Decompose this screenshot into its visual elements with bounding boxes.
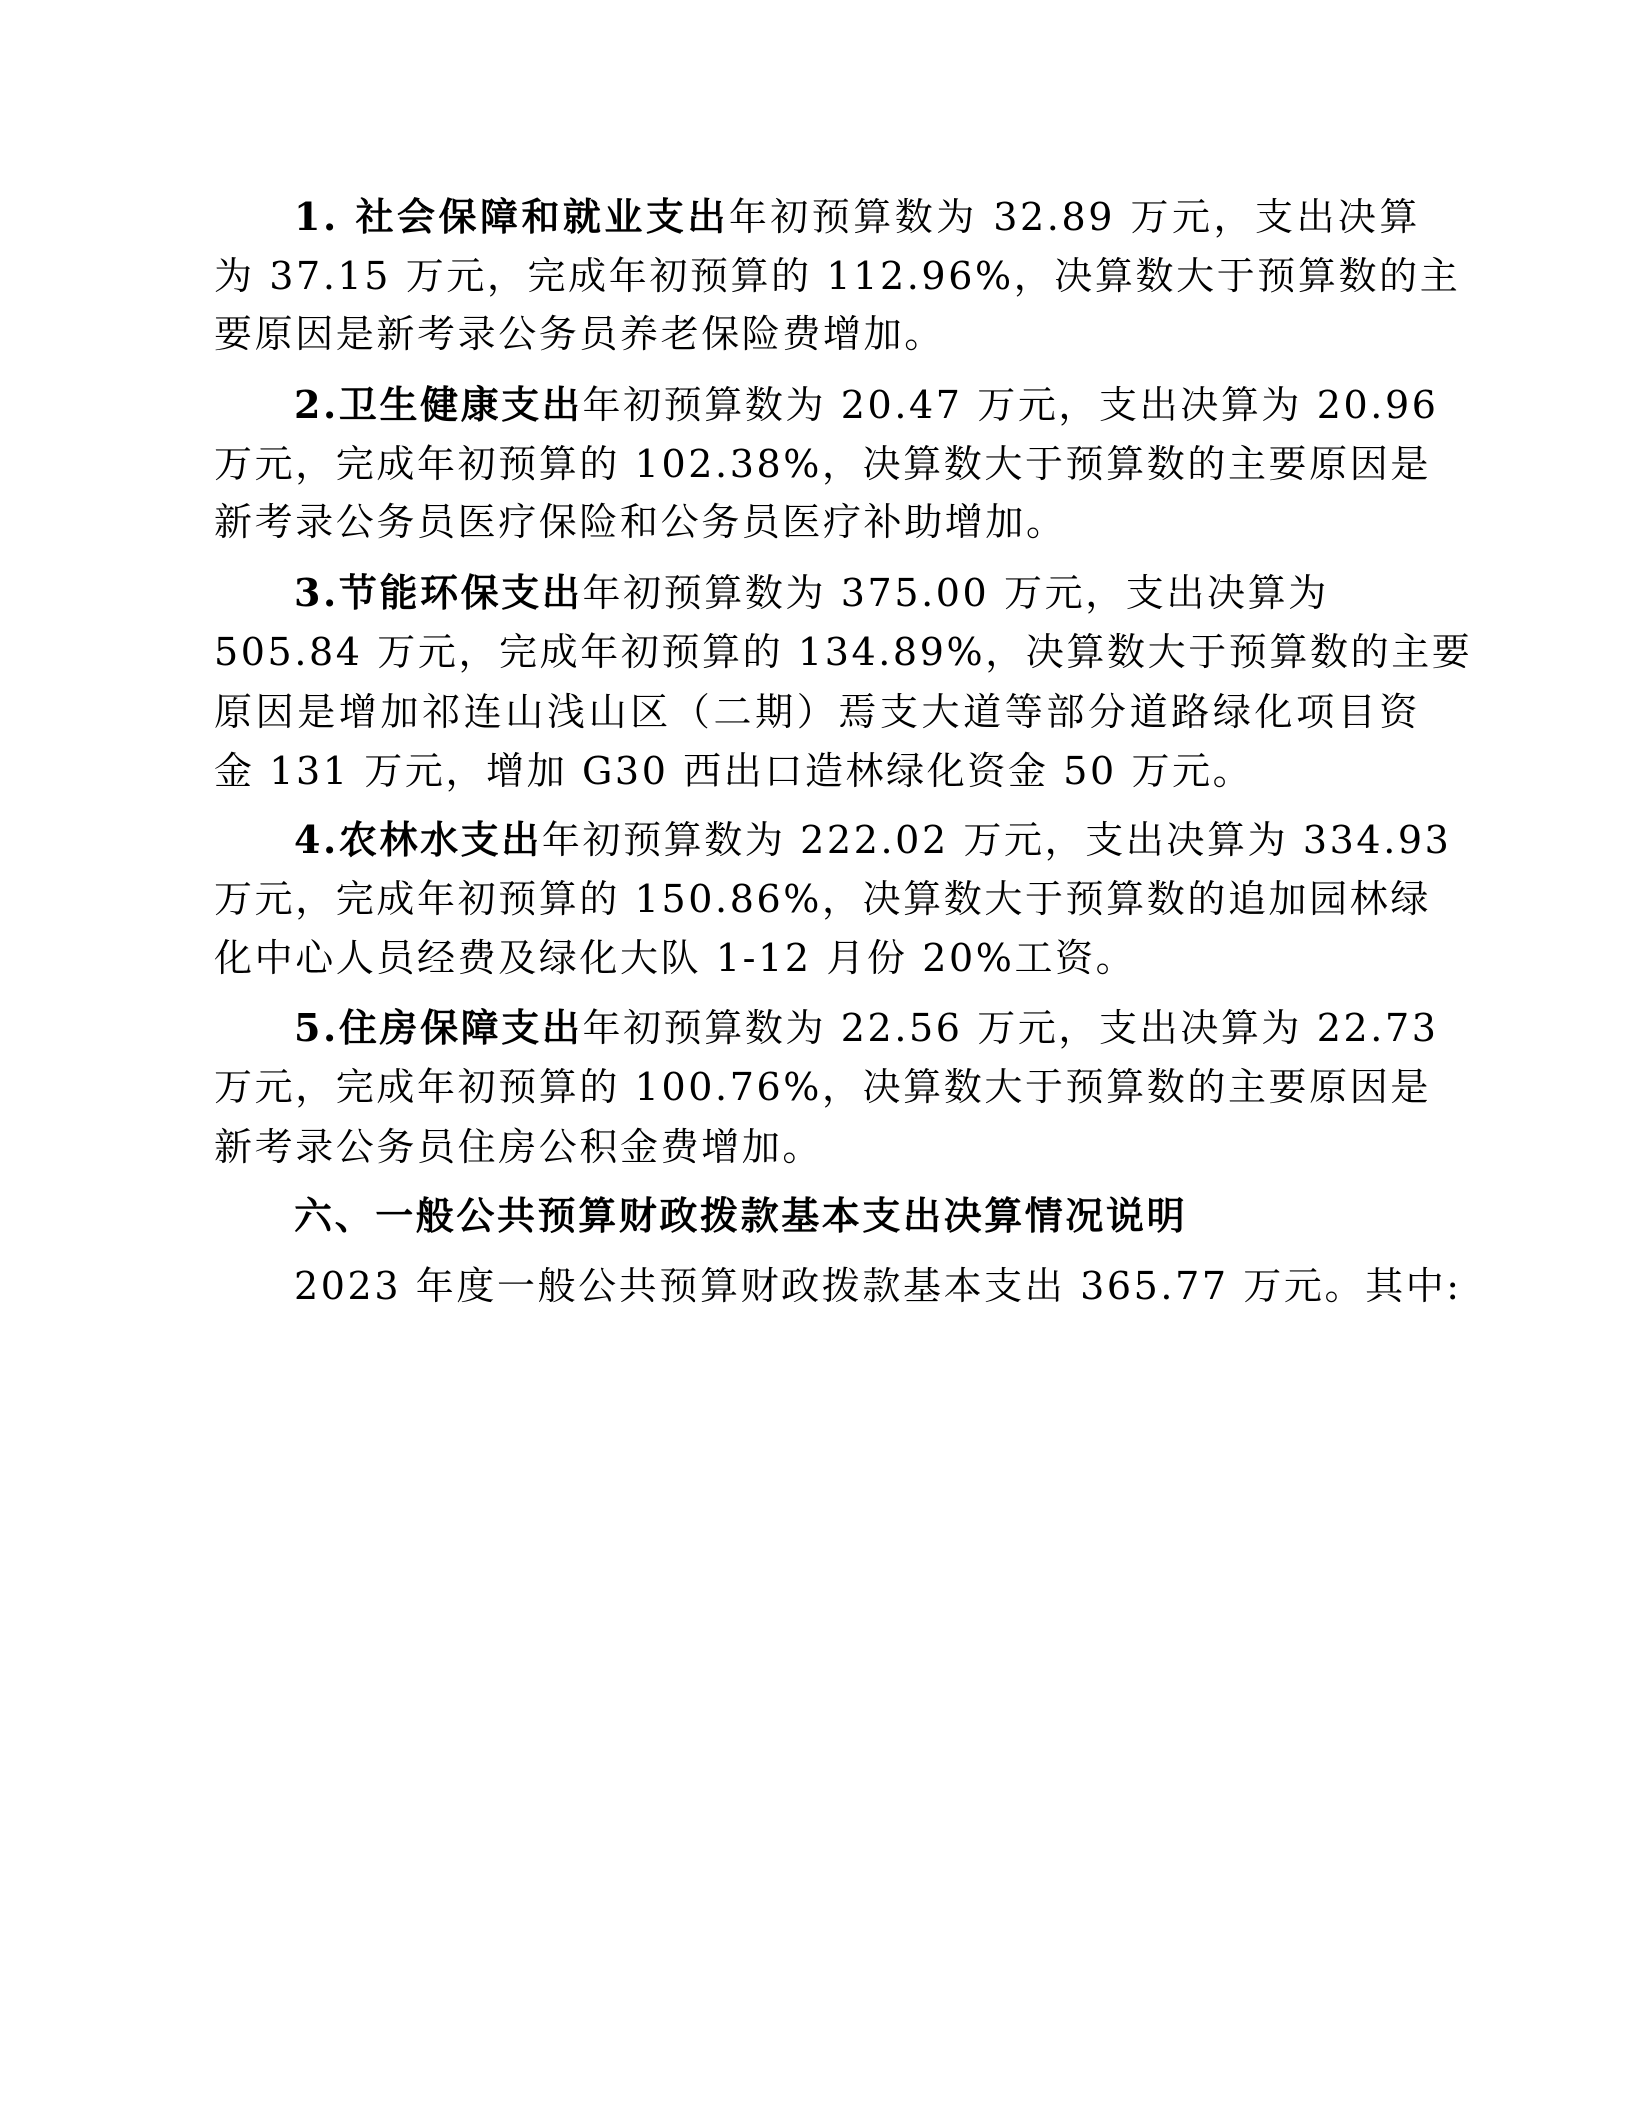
item-title-agriculture: 4.农林水支出 xyxy=(294,817,542,862)
line-text: 年初预算数为 32.89 万元，支出决算 xyxy=(729,195,1420,239)
line-text: 年初预算数为 22.56 万元，支出决算为 22.73 xyxy=(582,1006,1438,1050)
paragraph-agriculture-line-1: 4.农林水支出年初预算数为 222.02 万元，支出决算为 334.93 xyxy=(294,810,1420,870)
paragraph-environment-line-2: 505.84 万元，完成年初预算的 134.89%，决算数大于预算数的主要 xyxy=(214,622,1420,682)
paragraph-health-line-2: 万元，完成年初预算的 102.38%，决算数大于预算数的主要原因是 xyxy=(214,434,1420,494)
item-title-social-security: 1. 社会保障和就业支出 xyxy=(294,194,729,239)
paragraph-social-security-line-3: 要原因是新考录公务员养老保险费增加。 xyxy=(214,304,1420,364)
line-text: 年初预算数为 222.02 万元，支出决算为 334.93 xyxy=(542,818,1452,862)
paragraph-agriculture-line-2: 万元，完成年初预算的 150.86%，决算数大于预算数的追加园林绿 xyxy=(214,869,1420,929)
document-page: 1. 社会保障和就业支出年初预算数为 32.89 万元，支出决算 为 37.15… xyxy=(0,0,1632,2112)
paragraph-housing-line-3: 新考录公务员住房公积金费增加。 xyxy=(214,1117,1420,1177)
line-text: 年初预算数为 375.00 万元，支出决算为 xyxy=(582,571,1328,615)
paragraph-environment-line-4: 金 131 万元，增加 G30 西出口造林绿化资金 50 万元。 xyxy=(214,741,1420,801)
item-title-housing: 5.住房保障支出 xyxy=(294,1005,582,1050)
paragraph-agriculture-line-3: 化中心人员经费及绿化大队 1-12 月份 20%工资。 xyxy=(214,928,1420,988)
paragraph-housing-line-1: 5.住房保障支出年初预算数为 22.56 万元，支出决算为 22.73 xyxy=(294,998,1420,1058)
paragraph-housing-line-2: 万元，完成年初预算的 100.76%，决算数大于预算数的主要原因是 xyxy=(214,1057,1420,1117)
item-title-environment: 3.节能环保支出 xyxy=(294,570,582,615)
paragraph-health-line-1: 2.卫生健康支出年初预算数为 20.47 万元，支出决算为 20.96 xyxy=(294,375,1420,435)
item-title-health: 2.卫生健康支出 xyxy=(294,382,582,427)
paragraph-social-security-line-2: 为 37.15 万元，完成年初预算的 112.96%，决算数大于预算数的主 xyxy=(214,246,1420,306)
section-heading: 六、一般公共预算财政拨款基本支出决算情况说明 xyxy=(294,1186,1420,1246)
paragraph-health-line-3: 新考录公务员医疗保险和公务员医疗补助增加。 xyxy=(214,492,1420,552)
paragraph-social-security-line-1: 1. 社会保障和就业支出年初预算数为 32.89 万元，支出决算 xyxy=(294,187,1420,247)
paragraph-environment-line-1: 3.节能环保支出年初预算数为 375.00 万元，支出决算为 xyxy=(294,563,1334,623)
line-text: 年初预算数为 20.47 万元，支出决算为 20.96 xyxy=(582,383,1438,427)
paragraph-environment-line-3: 原因是增加祁连山浅山区（二期）焉支大道等部分道路绿化项目资 xyxy=(214,682,1420,742)
section-intro: 2023 年度一般公共预算财政拨款基本支出 365.77 万元。其中: xyxy=(294,1256,1420,1316)
